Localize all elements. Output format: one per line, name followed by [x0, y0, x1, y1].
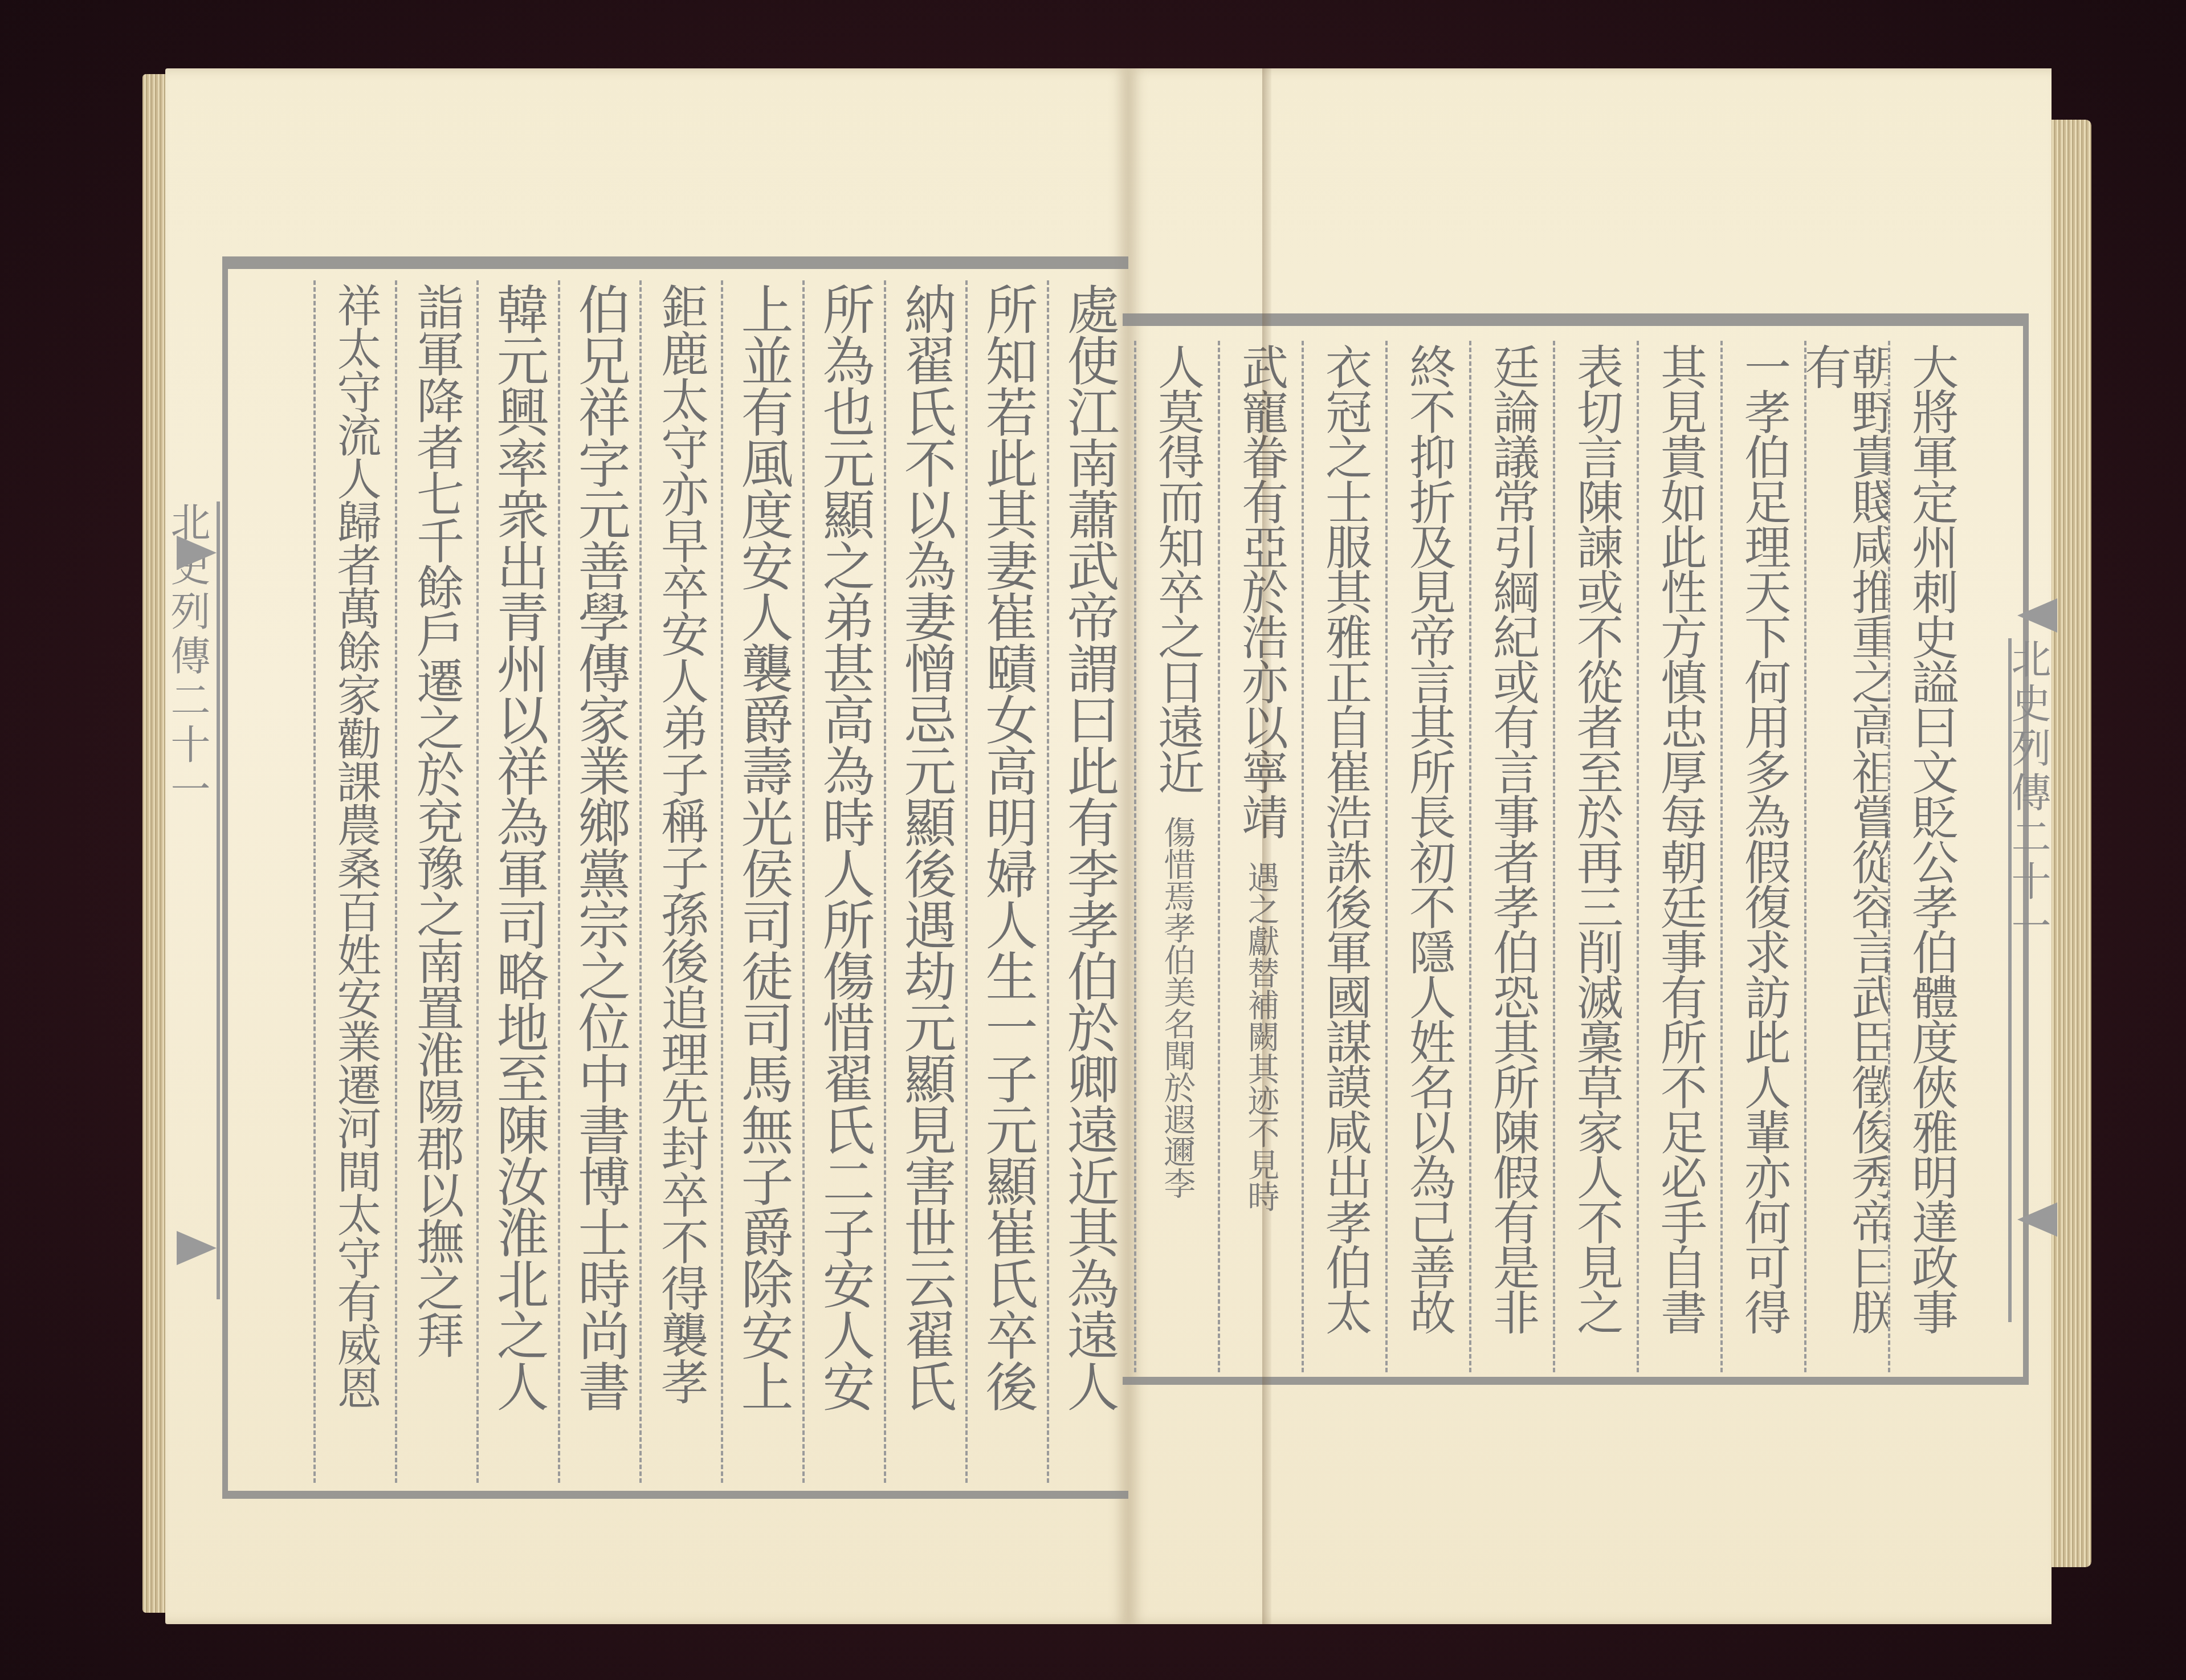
right-page-text-columns: 大將軍定州刺史謚曰文貶公孝伯體度俠雅明達政事 朝野貴賤咸推重之高祖嘗從容言武臣徵… — [1134, 341, 1972, 1372]
text-column: 大將軍定州刺史謚曰文貶公孝伯體度俠雅明達政事 — [1888, 341, 1972, 1372]
text-column: 鉅鹿太守亦早卒安人弟子稱子孫後追理先封卒不得襲孝 — [639, 280, 721, 1483]
text-column: 武寵眷有亞於浩亦以寧靖 遇之獻替補闕其迹不見時 — [1218, 341, 1302, 1372]
text-column: 廷論議常引綱紀或有言事者孝伯恐其所陳假有是非 — [1469, 341, 1553, 1372]
text-column: 朝野貴賤咸推重之高祖嘗從容言武臣徵俊秀帝曰朕有 — [1804, 341, 1888, 1372]
text-column: 所知若此其妻崔賾女高明婦人生一子元顯崔氏卒後 — [965, 280, 1047, 1483]
text-column: 上並有風度安人襲爵壽光侯司徒司馬無子爵除安上 — [721, 280, 802, 1483]
left-page-text-columns: 處使江南蕭武帝謂曰此有李孝伯於卿遠近其為遠人 所知若此其妻崔賾女高明婦人生一子元… — [313, 280, 1128, 1483]
column-text: 大將軍定州刺史謚曰文貶公孝伯體度俠雅明達政事 — [1908, 343, 1955, 1334]
fishtail-mark-icon — [2017, 598, 2057, 633]
text-column: 祥太守流人歸者萬餘家勸課農桑百姓安業遷河間太守有威恩 — [313, 280, 395, 1483]
text-column: 終不抑折及見帝言其所長初不隱人姓名以為己善故 — [1385, 341, 1469, 1372]
text-column: 詣軍降者七千餘戶遷之於兗豫之南置淮陽郡以撫之拜 — [395, 280, 476, 1483]
fishtail-mark-icon — [2017, 1202, 2057, 1237]
left-page-banxin-title: 北史列傳二十一 — [165, 501, 220, 1299]
text-column: 其見貴如此性方慎忠厚每朝廷事有所不足必手自書 — [1637, 341, 1720, 1372]
column-text: 衣冠之士服其雅正自崔浩誅後軍國謀謨咸出孝伯太 — [1322, 343, 1368, 1334]
text-column: 處使江南蕭武帝謂曰此有李孝伯於卿遠近其為遠人 — [1047, 280, 1128, 1483]
fishtail-mark-icon — [177, 1231, 217, 1265]
text-column: 伯兄祥字元善學傳家業鄉黨宗之位中書博士時尚書 — [558, 280, 639, 1483]
column-text: 其見貴如此性方慎忠厚每朝廷事有所不足必手自書 — [1657, 343, 1703, 1334]
text-column: 納翟氏不以為妻憎忌元顯後遇劫元顯見害世云翟氏 — [884, 280, 965, 1483]
left-page: 北史列傳二十一 處使江南蕭武帝謂曰此有李孝伯於卿遠近其為遠人 所知若此其妻崔賾女… — [165, 68, 1128, 1624]
text-column: 衣冠之士服其雅正自崔浩誅後軍國謀謨咸出孝伯太 — [1302, 341, 1385, 1372]
text-column: 所為也元顯之弟甚高為時人所傷惜翟氏二子安人安 — [802, 280, 884, 1483]
column-text: 廷論議常引綱紀或有言事者孝伯恐其所陳假有是非 — [1489, 343, 1536, 1334]
column-subtext: 遇之獻替補闕其迹不見時 — [1245, 861, 1277, 1212]
column-subtext: 傷惜焉孝伯美名聞於遐邇李 — [1161, 816, 1193, 1199]
open-book: 北史列傳二十一 處使江南蕭武帝謂曰此有李孝伯於卿遠近其為遠人 所知若此其妻崔賾女… — [142, 68, 2091, 1624]
column-text: 表切言陳諫或不從者至於再三削滅稾草家人不見之 — [1573, 343, 1620, 1334]
text-column: 表切言陳諫或不從者至於再三削滅稾草家人不見之 — [1553, 341, 1637, 1372]
column-text: 終不抑折及見帝言其所長初不隱人姓名以為己善故 — [1405, 343, 1452, 1334]
column-text: 武寵眷有亞於浩亦以寧靖 — [1238, 343, 1284, 838]
book-gutter — [1262, 68, 1271, 1624]
text-column: 一孝伯足理天下何用多為假復求訪此人輩亦何可得 — [1720, 341, 1804, 1372]
column-text: 一孝伯足理天下何用多為假復求訪此人輩亦何可得 — [1740, 343, 1787, 1334]
column-text: 朝野貴賤咸推重之高祖嘗從容言武臣徵俊秀帝曰朕有 — [1804, 343, 1888, 1372]
text-column: 韓元興率衆出青州以祥為軍司略地至陳汝淮北之人 — [476, 280, 558, 1483]
fishtail-mark-icon — [177, 536, 217, 570]
column-text: 人莫得而知卒之日遠近 — [1154, 343, 1201, 793]
text-column: 人莫得而知卒之日遠近 傷惜焉孝伯美名聞於遐邇李 — [1134, 341, 1218, 1372]
